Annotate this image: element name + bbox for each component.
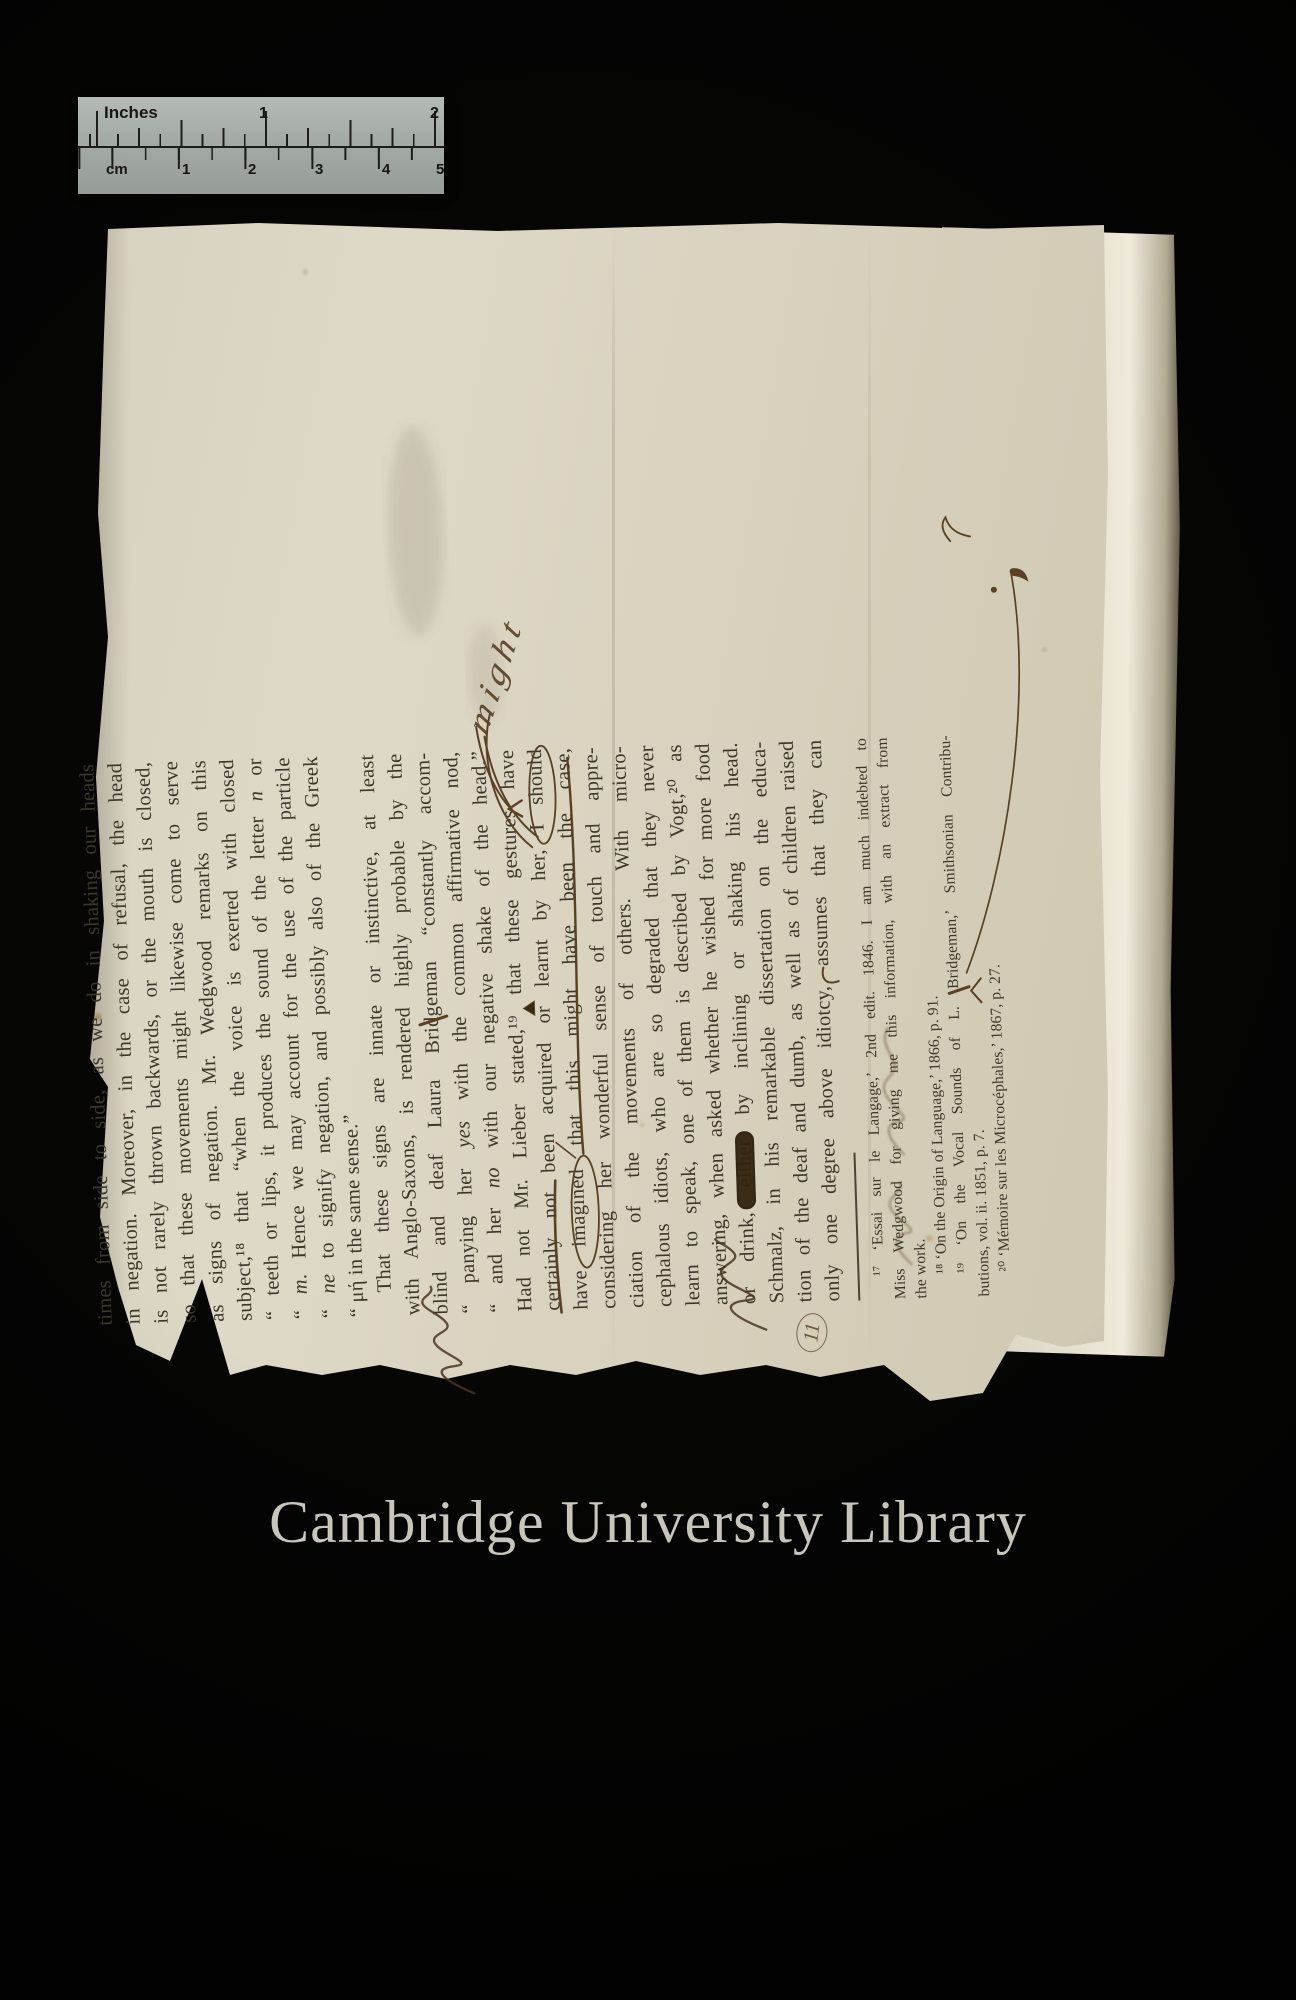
ruler-cm-label: 5 (436, 161, 444, 178)
ruler-unit-cm: cm (106, 161, 128, 178)
body-text: times from side to side, as we do in sha… (73, 733, 848, 1332)
foxing-spot (300, 267, 310, 277)
foxing-spot (1040, 645, 1049, 654)
library-caption: Cambridge University Library (0, 1488, 1296, 1557)
ruler-cm-label: 1 (182, 161, 190, 178)
ruler-inch-label: 2 (430, 105, 439, 123)
ruler-cm-label: 4 (382, 161, 390, 178)
library-scan-photo: Inches cm 1212345 times from side to sid… (0, 0, 1296, 2000)
ruler-inch-label: 1 (259, 105, 268, 123)
ruler-cm-label: 3 (315, 161, 323, 178)
ruler-cm-label: 2 (248, 161, 256, 178)
footnotes: ¹⁷ ‘Essai sur le Langage,’ 2nd edit. 184… (851, 728, 1017, 1307)
footnote-rule (853, 1153, 860, 1301)
ruler-unit-inches: Inches (104, 103, 158, 123)
ruler-divider-line (78, 146, 444, 148)
scale-ruler: Inches cm 1212345 (78, 97, 444, 194)
rotated-page-text: times from side to side, as we do in sha… (73, 726, 1076, 1332)
